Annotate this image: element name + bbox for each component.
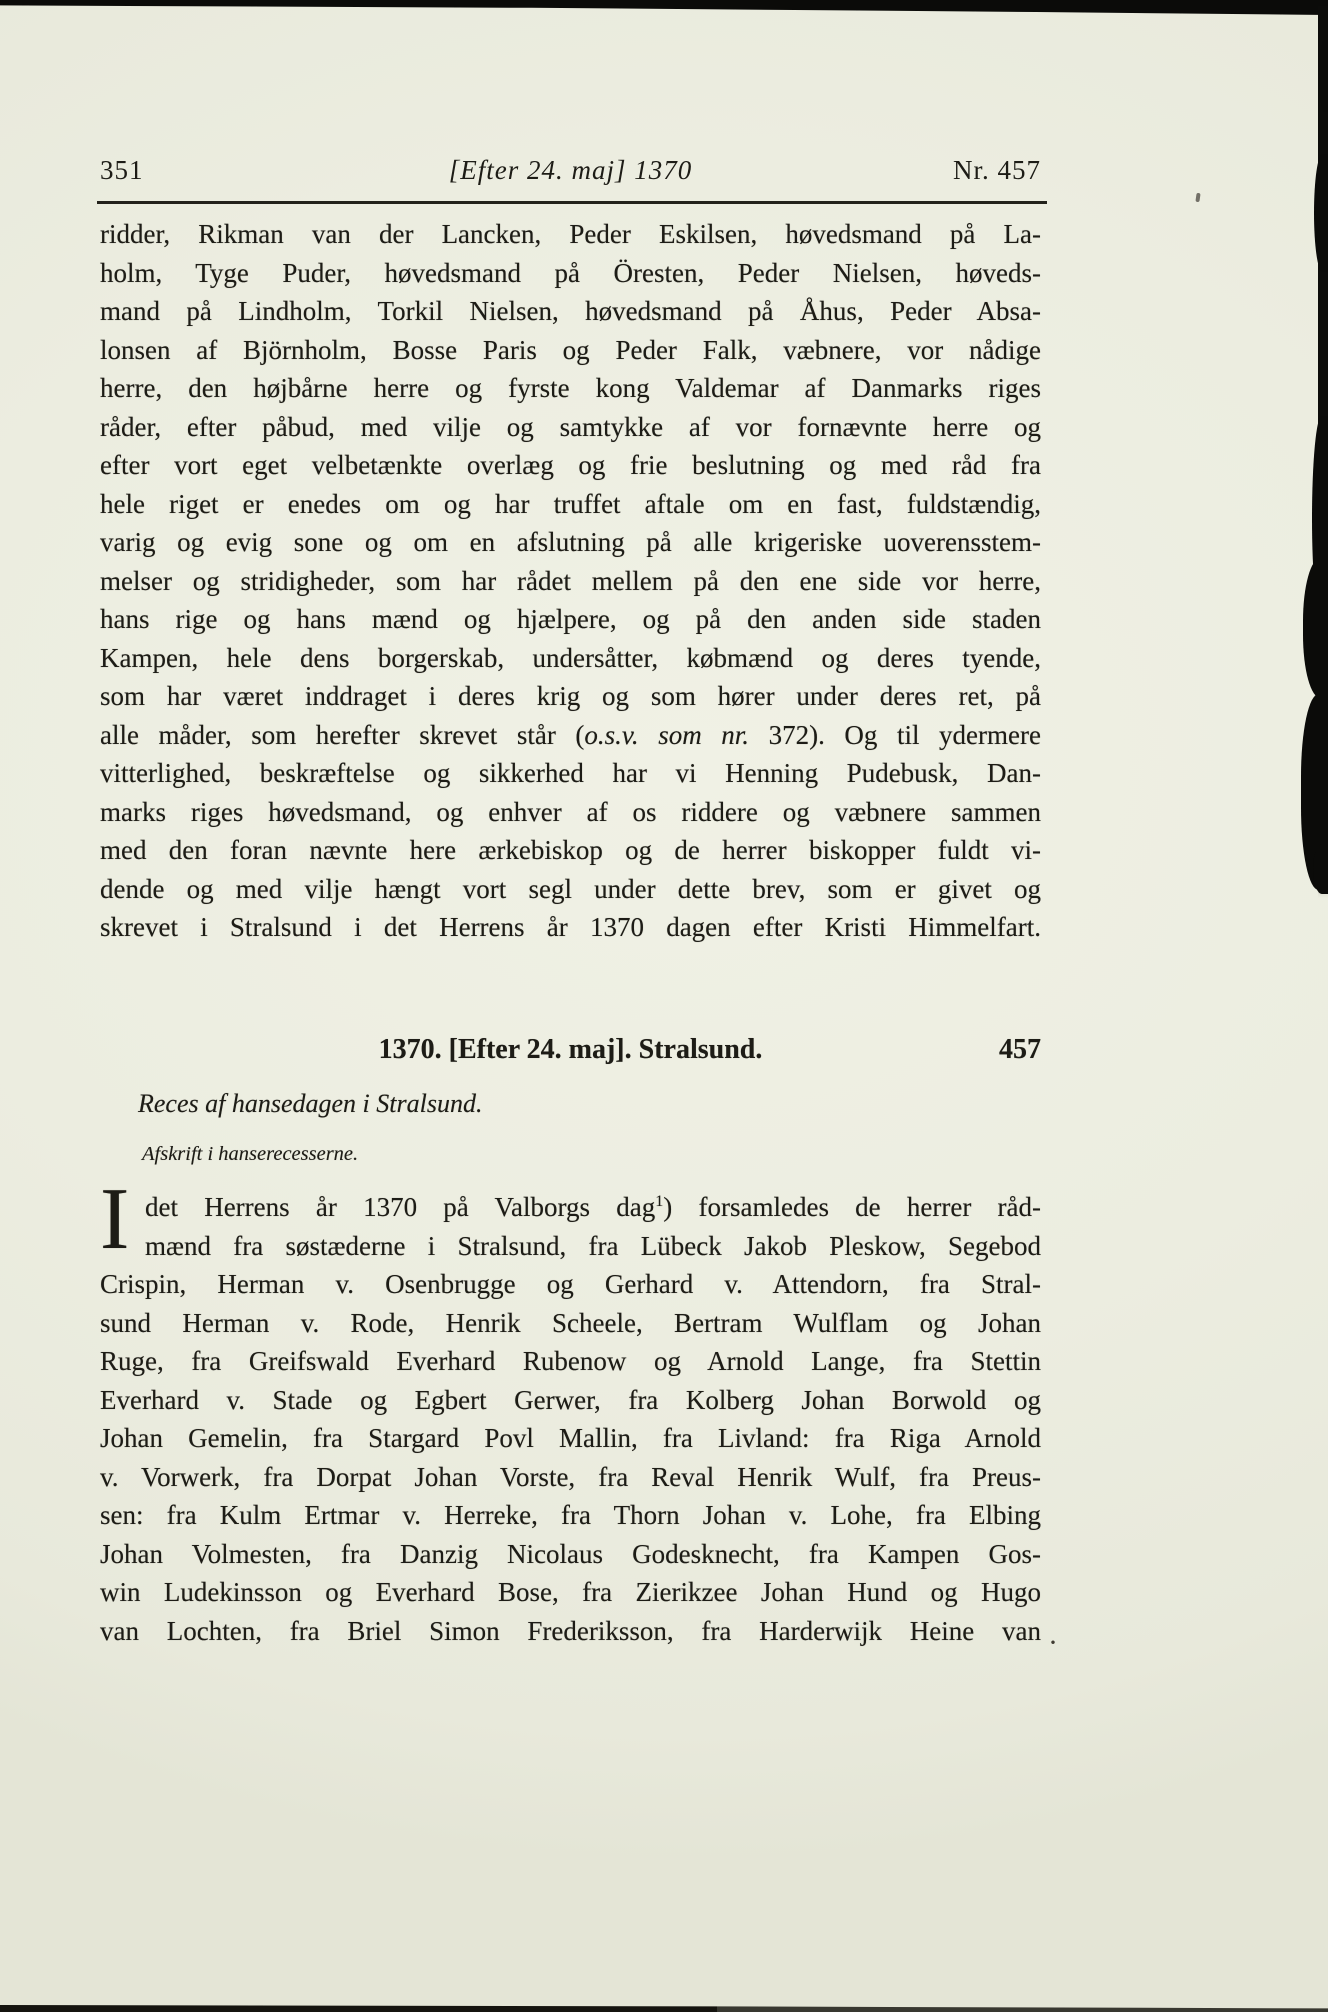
text-line: v. Vorwerk, fra Dorpat Johan Vorste, fra… <box>100 1458 1041 1497</box>
document-number: Nr. 457 <box>953 152 1041 188</box>
stray-ink-dot: · <box>1048 1626 1058 1660</box>
text-line: det Herrens år 1370 på Valborgs dag1) fo… <box>100 1188 1041 1227</box>
text-line: Johan Volmesten, fra Danzig Nicolaus God… <box>100 1535 1041 1574</box>
scan-edge-bottom <box>0 2004 1328 2012</box>
scan-blob <box>1312 416 1328 621</box>
scan-edge-top <box>0 0 1328 15</box>
text-line: med den foran nævnte here ærkebiskop og … <box>100 831 1041 870</box>
text-line: skrevet i Stralsund i det Herrens år 137… <box>100 908 1041 947</box>
scanned-book-page: 351 [Efter 24. maj] 1370 Nr. 457 ridder,… <box>0 0 1328 2012</box>
text-line: hans rige og hans mænd og hjælpere, og p… <box>100 600 1041 639</box>
text-line: mænd fra søstæderne i Stralsund, fra Lüb… <box>100 1227 1041 1266</box>
scan-edge-right-strip <box>1318 6 1328 898</box>
scan-blob <box>1313 844 1328 894</box>
text-segment: det Herrens år 1370 på Valborgs dag <box>145 1192 655 1222</box>
text-line: Crispin, Herman v. Osenbrugge og Gerhard… <box>100 1265 1041 1304</box>
text-line: win Ludekinsson og Everhard Bose, fra Zi… <box>100 1573 1041 1612</box>
text-line: sen: fra Kulm Ertmar v. Herreke, fra Tho… <box>100 1496 1041 1535</box>
text-line: alle måder, som herefter skrevet står (o… <box>100 716 1041 755</box>
text-line: som har været inddraget i deres krig og … <box>100 677 1041 716</box>
scan-blob <box>1301 694 1328 890</box>
text-line: efter vort eget velbetænkte overlæg og f… <box>100 446 1041 485</box>
text-line: råder, efter påbud, med vilje og samtykk… <box>100 408 1041 447</box>
entry-heading: 1370. [Efter 24. maj]. Stralsund. <box>379 1034 763 1065</box>
text-line: marks riges høvedsmand, og enhver af os … <box>100 793 1041 832</box>
text-line: Kampen, hele dens borgerskab, undersåtte… <box>100 639 1041 678</box>
text-line: holm, Tyge Puder, høvedsmand på Öresten,… <box>100 254 1041 293</box>
text-segment: ) forsamledes de herrer råd- <box>663 1192 1041 1222</box>
text-segment: alle måder, som herefter skrevet står ( <box>100 720 584 750</box>
text-line: ridder, Rikman van der Lancken, Peder Es… <box>100 215 1041 254</box>
header-rule <box>97 201 1047 204</box>
text-line: melser og stridigheder, som har rådet me… <box>100 562 1041 601</box>
text-line: hele riget er enedes om og har truffet a… <box>100 485 1041 524</box>
drop-cap: I <box>100 1188 134 1260</box>
text-segment: 372). Og til ydermere <box>749 720 1041 750</box>
entry-subtitle: Reces af hansedagen i Stralsund. <box>138 1087 482 1121</box>
text-line: dende og med vilje hængt vort segl under… <box>100 870 1041 909</box>
entry-number: 457 <box>999 1031 1041 1069</box>
entry-heading-row: 1370. [Efter 24. maj]. Stralsund. 457 <box>100 1031 1041 1069</box>
scan-blob <box>1314 154 1328 272</box>
entry-source-note: Afskrift i hanserecesserne. <box>142 1140 358 1168</box>
text-line: lonsen af Björnholm, Bosse Paris og Pede… <box>100 331 1041 370</box>
scan-edge-right <box>1294 6 1328 898</box>
text-line: sund Herman v. Rode, Henrik Scheele, Ber… <box>100 1304 1041 1343</box>
page-number: 351 <box>100 152 144 188</box>
text-line: van Lochten, fra Briel Simon Frederiksso… <box>100 1612 1041 1651</box>
text-line: Everhard v. Stade og Egbert Gerwer, fra … <box>100 1381 1041 1420</box>
text-line: Johan Gemelin, fra Stargard Povl Mallin,… <box>100 1419 1041 1458</box>
text-line: vitterlighed, beskræftelse og sikkerhed … <box>100 754 1041 793</box>
text-segment-italic: o.s.v. som nr. <box>584 720 749 750</box>
text-line: herre, den højbårne herre og fyrste kong… <box>100 369 1041 408</box>
scan-blob <box>1319 40 1328 112</box>
document-text-continuation: ridder, Rikman van der Lancken, Peder Es… <box>100 215 1041 947</box>
running-head: 351 [Efter 24. maj] 1370 Nr. 457 <box>100 152 1041 188</box>
running-title: [Efter 24. maj] 1370 <box>449 152 693 188</box>
ink-speck <box>1195 193 1200 202</box>
text-line: Ruge, fra Greifswald Everhard Rubenow og… <box>100 1342 1041 1381</box>
entry-text-paragraph: I det Herrens år 1370 på Valborgs dag1) … <box>100 1188 1041 1650</box>
text-line: varig og evig sone og om en afslutning p… <box>100 523 1041 562</box>
scan-blob <box>1303 558 1328 698</box>
text-line: mand på Lindholm, Torkil Nielsen, høveds… <box>100 292 1041 331</box>
